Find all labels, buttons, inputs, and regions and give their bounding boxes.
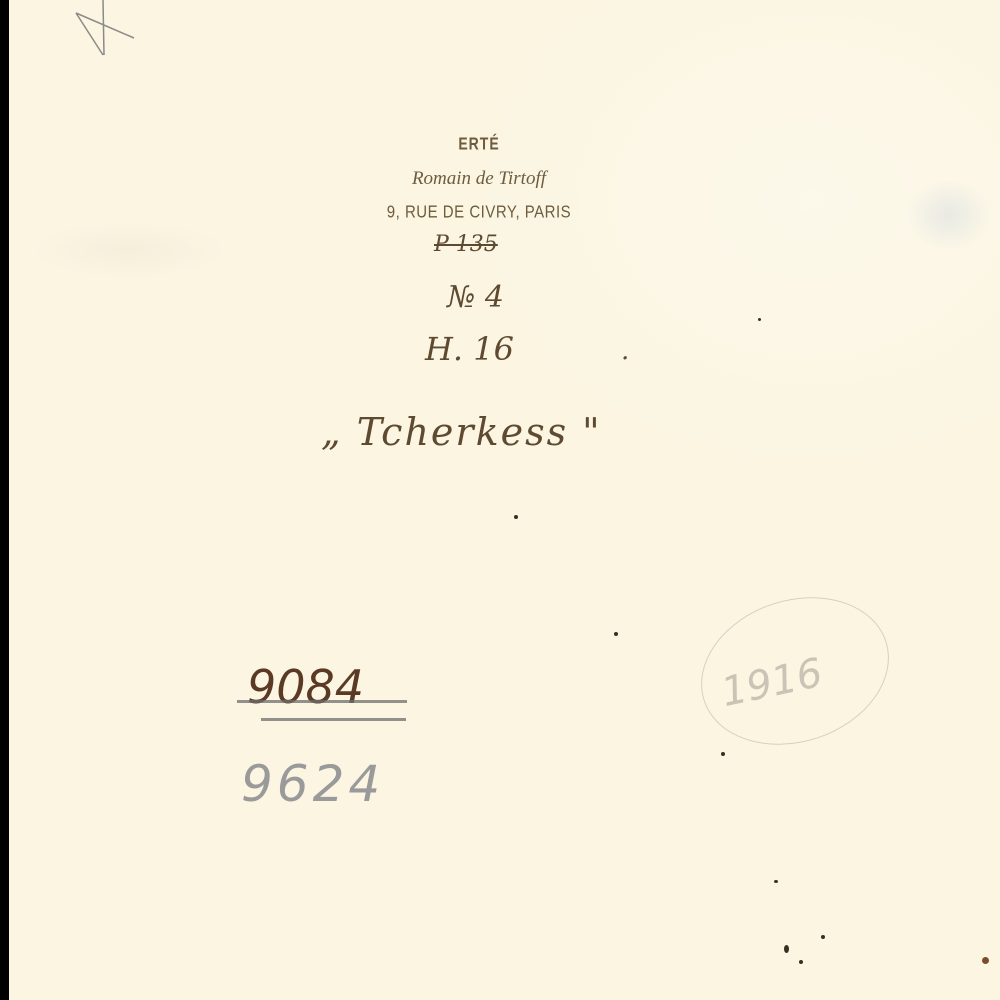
ink-speck xyxy=(799,960,803,964)
strike-line xyxy=(261,718,406,721)
handwritten-h-number: H. 16 xyxy=(425,330,514,368)
stamp-brand: ERTÉ xyxy=(439,133,519,153)
handwritten-number: № 4 xyxy=(447,280,504,315)
struck-pencil-number: 9084 xyxy=(247,660,364,714)
ink-speck xyxy=(758,318,761,321)
strike-line xyxy=(237,700,407,703)
inventory-number: 9624 xyxy=(241,755,384,813)
ink-speck xyxy=(821,935,825,939)
document-card: ERTÉ Romain de Tirtoff 9, RUE DE CIVRY, … xyxy=(9,0,1000,1000)
ink-speck xyxy=(614,632,618,636)
stamp-name: Romain de Tirtoff xyxy=(369,168,589,190)
ink-speck xyxy=(774,880,778,883)
ink-dot: . xyxy=(621,336,629,366)
struck-reference: P 135 xyxy=(434,232,498,257)
ink-speck xyxy=(982,957,989,964)
corner-x-mark xyxy=(71,0,141,60)
ink-speck xyxy=(784,945,789,953)
ink-speck xyxy=(721,752,725,756)
handwritten-title: „ Tcherkess " xyxy=(321,410,602,454)
ink-speck xyxy=(514,515,518,519)
stamp-address: 9, RUE DE CIVRY, PARIS xyxy=(364,203,594,223)
